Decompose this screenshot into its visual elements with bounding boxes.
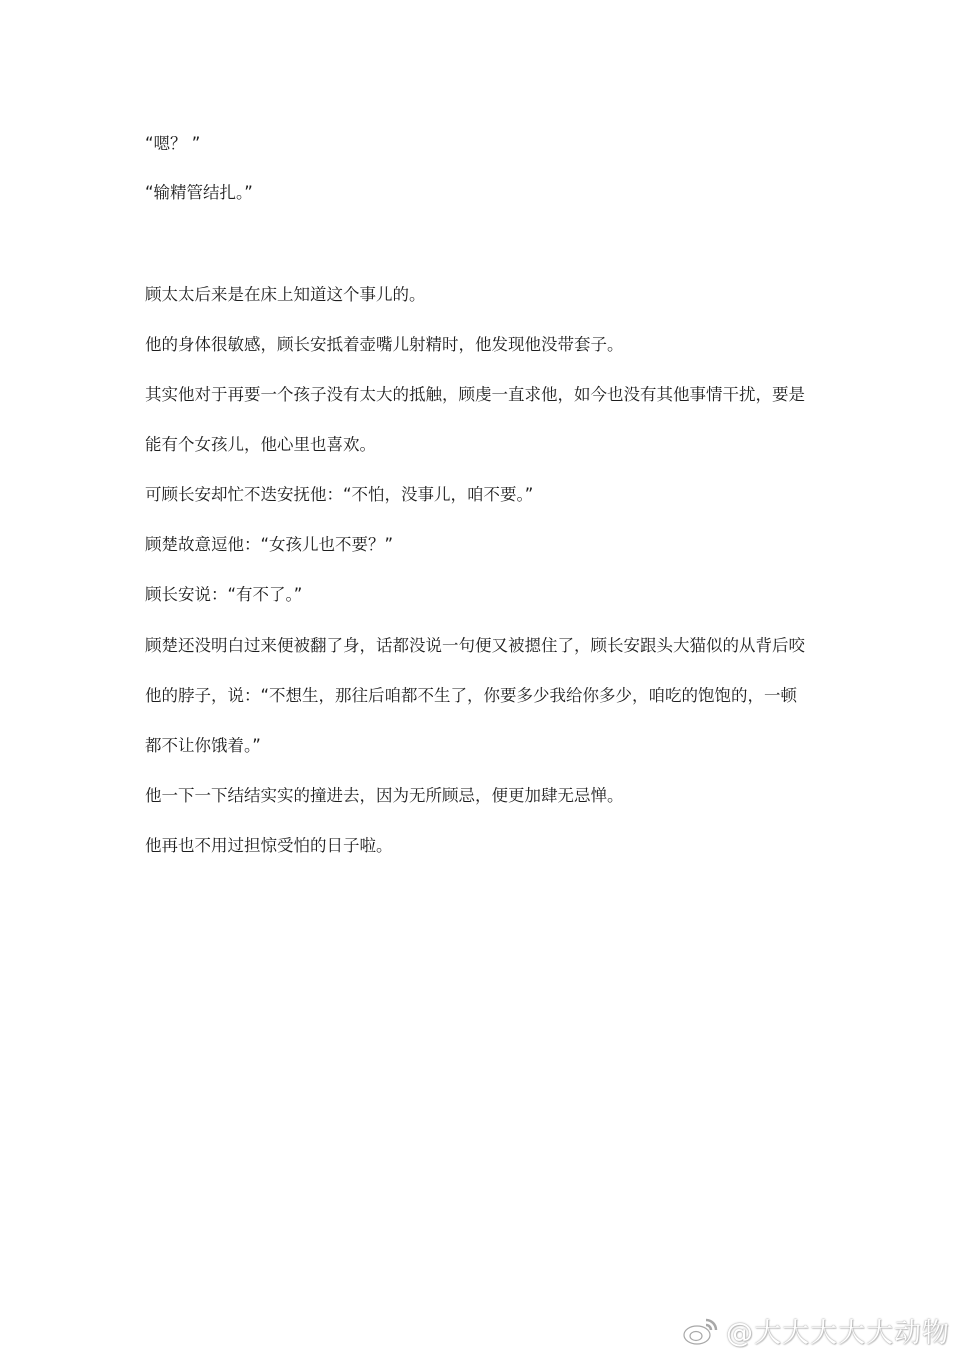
text-line: “嗯？ ” xyxy=(145,134,200,154)
text-line: 顾长安说：“有不了。” xyxy=(145,585,302,605)
text-line: 顾太太后来是在床上知道这个事儿的。 xyxy=(145,285,426,305)
text-line: 他再也不用过担惊受怕的日子啦。 xyxy=(145,836,393,856)
weibo-icon xyxy=(682,1314,720,1346)
text-line: 能有个女孩儿，他心里也喜欢。 xyxy=(145,435,376,455)
text-line: “输精管结扎。” xyxy=(145,183,253,203)
text-line: 他的脖子，说：“不想生，那往后咱都不生了，你要多少我给你多少，咱吃的饱饱的，一顿 xyxy=(145,686,797,706)
watermark: @大大大大大动物 xyxy=(682,1310,950,1350)
text-line: 可顾长安却忙不迭安抚他：“不怕，没事儿，咱不要。” xyxy=(145,485,533,505)
text-line: 顾楚还没明白过来便被翻了身，话都没说一句便又被摁住了，顾长安跟头大猫似的从背后咬 xyxy=(145,636,805,656)
text-line: 顾楚故意逗他：“女孩儿也不要？” xyxy=(145,535,393,555)
text-line: 其实他对于再要一个孩子没有太大的抵触，顾虔一直求他，如今也没有其他事情干扰，要是 xyxy=(145,385,805,405)
text-line: 他的身体很敏感，顾长安抵着壶嘴儿射精时，他发现他没带套子。 xyxy=(145,335,624,355)
document-page: “嗯？ ” “输精管结扎。” 顾太太后来是在床上知道这个事儿的。 他的身体很敏感… xyxy=(0,0,960,1358)
watermark-text: @大大大大大动物 xyxy=(726,1311,950,1350)
text-line: 都不让你饿着。” xyxy=(145,736,261,756)
text-line: 他一下一下结结实实的撞进去，因为无所顾忌，便更加肆无忌惮。 xyxy=(145,786,624,806)
